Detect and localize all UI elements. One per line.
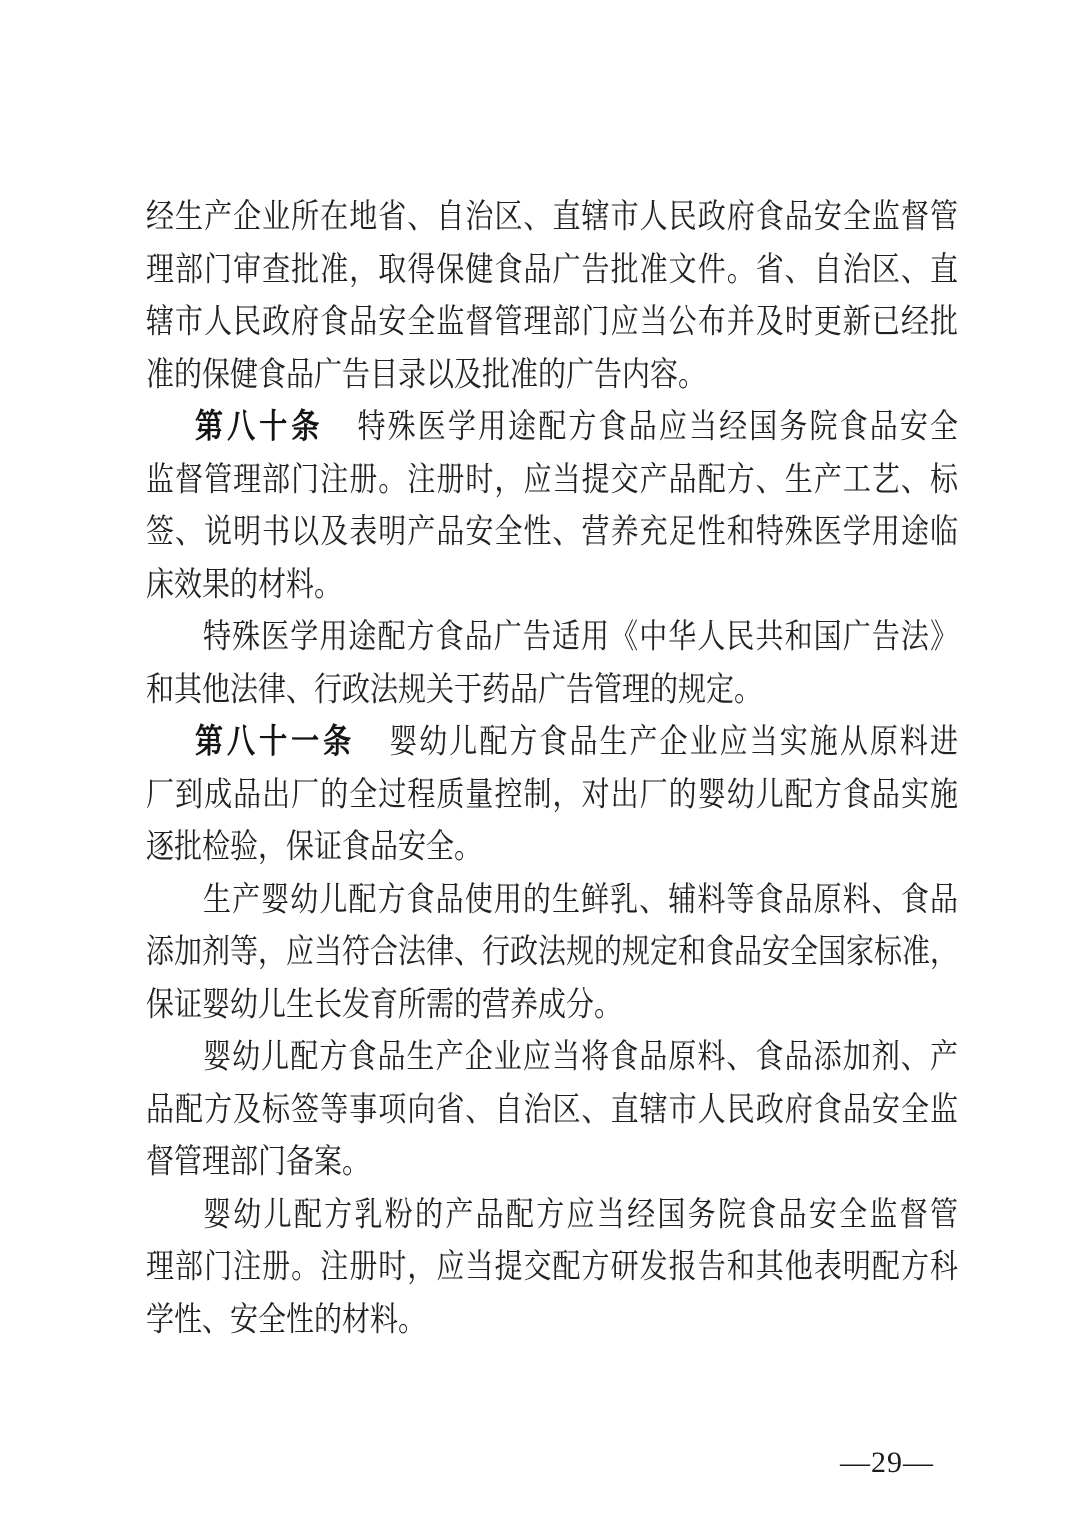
document-page: 经生产企业所在地省、自治区、直辖市人民政府食品安全监督管 理部门审查批准，取得保… [0, 0, 1074, 1520]
article-81-number: 第八十一条 [195, 724, 355, 761]
page-number-label: —29— [840, 1446, 934, 1480]
article-81-text: 婴幼儿配方食品生产企业应当实施从原料进 [389, 724, 958, 761]
article-80-text: 特殊医学用途配方食品应当经国务院食品安全 [358, 409, 958, 446]
paragraph-line: 学性、安全性的材料。 [146, 1289, 958, 1352]
text-block: 经生产企业所在地省、自治区、直辖市人民政府食品安全监督管 理部门审查批准，取得保… [146, 192, 958, 1347]
article-80-number: 第八十条 [195, 409, 324, 446]
